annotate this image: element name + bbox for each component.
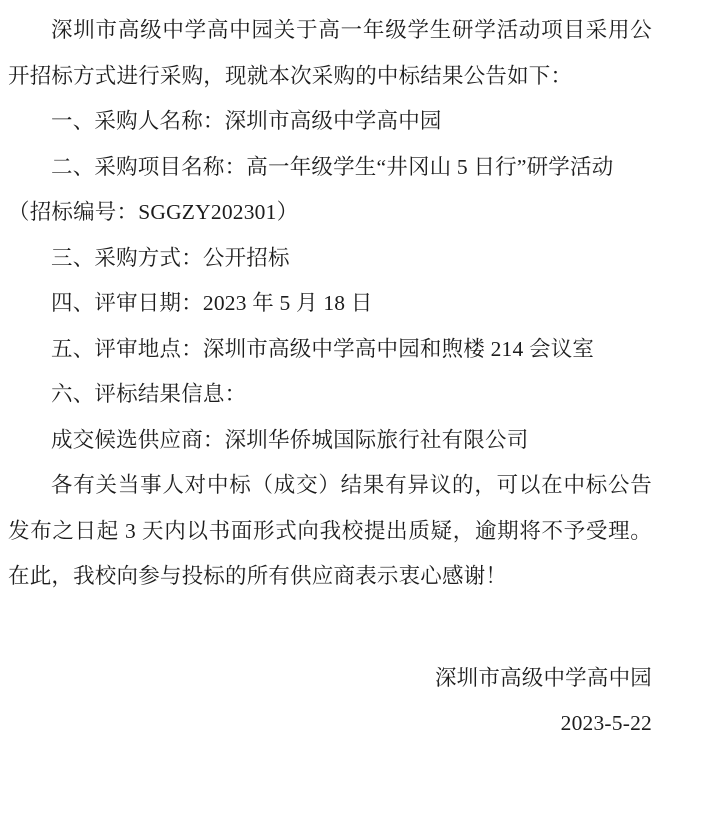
objection-notice-line-1: 各有关当事人对中标（成交）结果有异议的，可以在中标公告: [8, 463, 652, 509]
thanks-line: 在此，我校向参与投标的所有供应商表示衷心感谢！: [8, 554, 652, 600]
item-project-name-line-2: （招标编号：SGGZY202301）: [8, 190, 652, 236]
document-page: 深圳市高级中学高中园关于高一年级学生研学活动项目采用公 开招标方式进行采购，现就…: [0, 0, 706, 816]
item-result-info-heading: 六、评标结果信息：: [8, 372, 652, 418]
paragraph-intro-line-2: 开招标方式进行采购，现就本次采购的中标结果公告如下：: [8, 54, 652, 100]
signature-spacer: [8, 600, 652, 656]
signature-name: 深圳市高级中学高中园: [8, 656, 652, 702]
item-review-date: 四、评审日期：2023 年 5 月 18 日: [8, 281, 652, 327]
objection-notice-line-2: 发布之日起 3 天内以书面形式向我校提出质疑，逾期将不予受理。: [8, 509, 652, 555]
paragraph-intro-line-1: 深圳市高级中学高中园关于高一年级学生研学活动项目采用公: [8, 8, 652, 54]
item-review-location: 五、评审地点：深圳市高级中学高中园和煦楼 214 会议室: [8, 327, 652, 373]
item-project-name-line-1: 二、采购项目名称：高一年级学生“井冈山 5 日行”研学活动: [8, 145, 652, 191]
winning-supplier-line: 成交候选供应商：深圳华侨城国际旅行社有限公司: [8, 418, 652, 464]
item-procurement-method: 三、采购方式：公开招标: [8, 236, 652, 282]
item-purchaser-name: 一、采购人名称：深圳市高级中学高中园: [8, 99, 652, 145]
signature-date: 2023-5-22: [8, 701, 652, 747]
